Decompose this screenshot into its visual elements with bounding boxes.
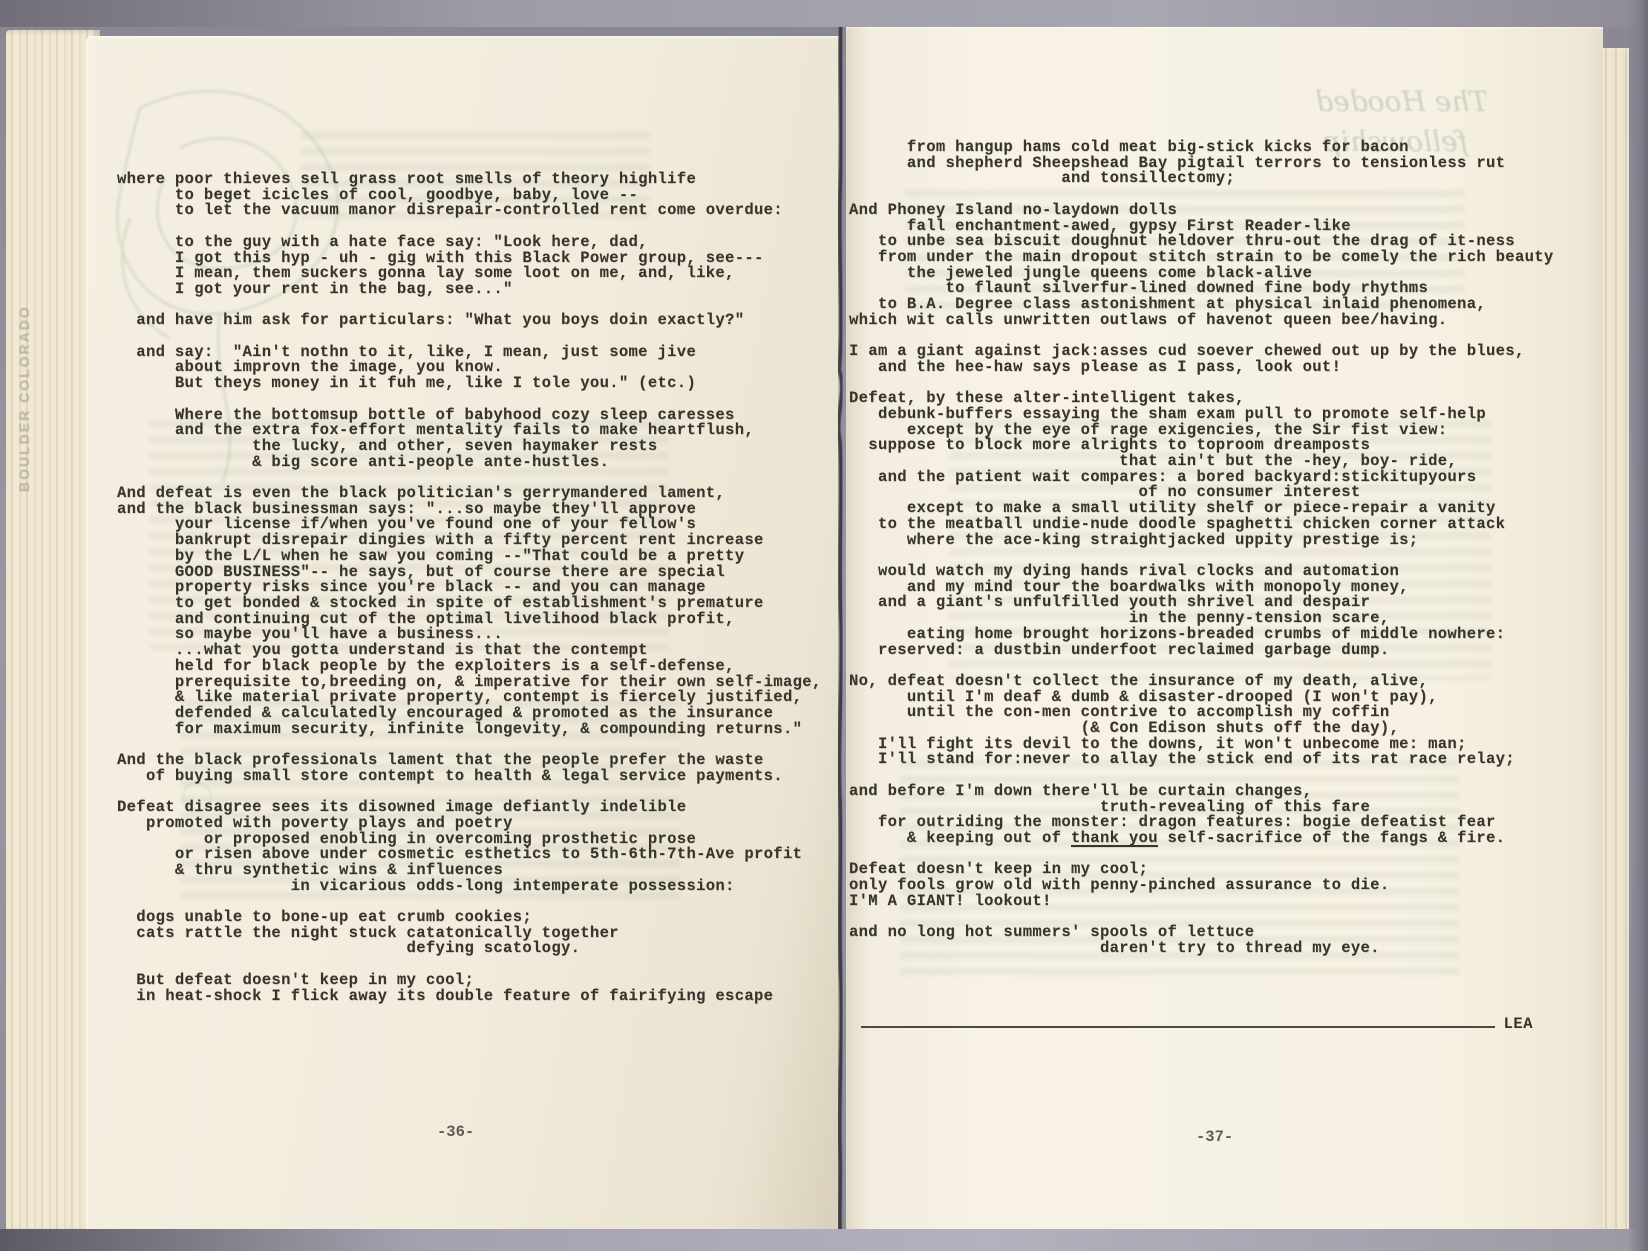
page-number-left: -36- bbox=[437, 1123, 474, 1141]
poem-text-right-page: from hangup hams cold meat big-stick kic… bbox=[849, 140, 1554, 957]
attribution-rule bbox=[861, 1012, 1495, 1028]
scanner-bed-top bbox=[0, 0, 1648, 27]
poem-text-left-page: where poor thieves sell grass root smell… bbox=[117, 172, 822, 1004]
author-initials: LEA bbox=[1504, 1015, 1533, 1033]
scanner-bed-right bbox=[1628, 0, 1648, 1251]
page-edge-stack-right bbox=[1601, 48, 1629, 1234]
fore-edge-stamp: BOULDER COLORADO bbox=[16, 305, 32, 492]
attribution-line: LEA bbox=[861, 1012, 1533, 1033]
scanner-bed-bottom bbox=[0, 1229, 1648, 1251]
ghost-title-line1: The Hooded bbox=[1278, 82, 1488, 122]
page-number-right: -37- bbox=[1196, 1128, 1233, 1146]
scanned-book-spread: The Hooded fellowship BOULDER COLORADO w… bbox=[0, 0, 1648, 1251]
